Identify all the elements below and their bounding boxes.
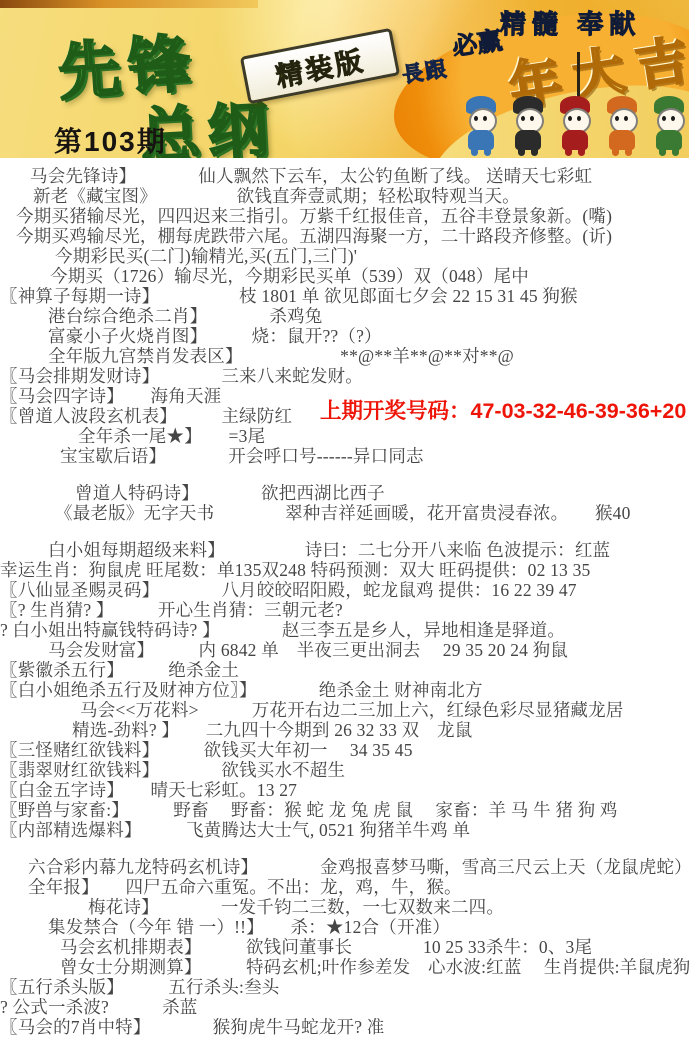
text-line: 全年杀一尾★】 =3尾	[0, 426, 689, 446]
mascot-row	[462, 98, 688, 158]
mascot-eye	[671, 116, 675, 121]
text-line: 马会<<万花料> 万花开右边二三加上六，红绿色彩尽显猪藏龙居	[0, 700, 689, 720]
text-line: 今期买（1726）输尽光，今期彩民买单（539）双（048）尾中	[0, 266, 689, 286]
issue-number: 第103期	[54, 120, 167, 158]
text-line: 马会先锋诗】 仙人飘然下云车，太公钓鱼断了线。 送晴天七彩虹	[0, 166, 689, 186]
scan-edge-strip	[0, 0, 258, 8]
masthead: 先锋 总纲 精装版 精髓 奉献 必赢 長跟 年大吉 第103期	[0, 0, 689, 158]
text-line: 马会发财富】 内 6842 单 半夜三更出洞去 29 35 20 24 狗鼠	[0, 640, 689, 660]
text-line: 富豪小子火烧肖图】 烧：鼠开??（?）	[0, 326, 689, 346]
text-line: 〖翡翠财红欲钱料】 欲钱买水不超生	[0, 760, 689, 780]
mascot-body	[562, 130, 588, 150]
slogan-left: 必赢	[450, 21, 505, 64]
mascot-eye	[615, 116, 619, 121]
text-line: 梅花诗】 一发千钧二三数，一七双数来二四。	[0, 897, 689, 917]
text-line: 宝宝歇后语】 开会呼口号------异口同志	[0, 446, 689, 466]
text-line: 曾道人特码诗】 欲把西湖比西子	[0, 483, 689, 503]
text-line: 〖神算子每期一诗】 枝 1801 单 欲见郎面七夕会 22 15 31 45 狗…	[0, 286, 689, 306]
mascot-figure	[650, 98, 688, 156]
mascot-leg	[471, 148, 478, 156]
text-line: 〖野兽与家畜:】 野畜 野畜：猴 蛇 龙 兔 虎 鼠 家畜：羊 马 牛 猪 狗 …	[0, 800, 689, 820]
mascot-figure	[462, 98, 500, 156]
text-line: 〖? 生肖猜? 】 开心生肖猜：三朝元老?	[0, 600, 689, 620]
text-line: 今期买鸡输尽光，棚每虎跌带六尾。五湖四海聚一方，二十路段齐修整。(䜣)	[0, 226, 689, 246]
text-line: 精选-劲料? 】 二九四十今期到 26 32 33 双 龙鼠	[0, 720, 689, 740]
mascot-leg	[518, 148, 525, 156]
lottery-tip-sheet: { "page": {"width": 689, "height": 1037}…	[0, 0, 689, 1037]
mascot-body	[468, 130, 494, 150]
mascot-eye	[568, 116, 572, 121]
text-line: 〖白小姐绝杀五行及财神方位〗】 绝杀金土 财神南北方	[0, 680, 689, 700]
text-line: 全年报】 四尸五命六重冤。不出：龙，鸡，牛，猴。	[0, 877, 689, 897]
mascot-eye	[577, 116, 581, 121]
text-line: 新老《藏宝图》 欲钱直奔壹贰期；轻松取特观当天。	[0, 186, 689, 206]
mascot-eye	[474, 116, 478, 121]
mascot-figure	[603, 98, 641, 156]
mascot-body	[515, 130, 541, 150]
text-line: 港台综合绝杀二肖】 杀鸡兔	[0, 306, 689, 326]
text-line: 今期彩民买(二门)输精光,买(五门,三门)'	[0, 246, 689, 266]
text-lines-container: 马会先锋诗】 仙人飘然下云车，太公钓鱼断了线。 送晴天七彩虹新老《藏宝图》 欲钱…	[0, 166, 689, 1037]
text-line: 曾女士分期测算】 特码玄机;叶作参差发 心水波:红蓝 生肖提供:羊鼠虎狗猪	[0, 957, 689, 977]
text-line: 〖马会排期发财诗】 三来八来蛇发财。	[0, 366, 689, 386]
text-line: 〖八仙显圣赐灵码】 八月皎皎昭阳殿，蛇龙鼠鸡 提供：16 22 39 47	[0, 580, 689, 600]
deluxe-edition-badge: 精装版	[240, 28, 400, 105]
text-line: 今期买猪输尽光，四四迟来三指引。万紫千红报佳音，五谷丰登景象新。(嘴)	[0, 206, 689, 226]
mascot-eye	[483, 116, 487, 121]
text-line: 〖紫徽杀五行】 绝杀金土	[0, 660, 689, 680]
mascot-body	[656, 130, 682, 150]
text-line: 〖三怪赌红欲钱料】 欲钱买大年初一 34 35 45	[0, 740, 689, 760]
mascot-body	[609, 130, 635, 150]
mascot-leg	[531, 148, 538, 156]
text-line: 全年版九宫禁肖发表区】 **@**羊**@**对**@	[0, 346, 689, 366]
mascot-figure	[556, 98, 594, 156]
previous-draw-label: 上期开奖号码：	[320, 399, 471, 423]
mascot-leg	[612, 148, 619, 156]
mascot-eye	[521, 116, 525, 121]
text-line: 〖马会的7肖中特】 猴狗虎牛马蛇龙开? 准	[0, 1017, 689, 1037]
mascot-leg	[565, 148, 572, 156]
previous-draw-result: 上期开奖号码：47-03-32-46-39-36+20	[320, 394, 686, 425]
mascot-leg	[625, 148, 632, 156]
text-line: 《最老版》无字天书 翠种吉祥延画暖，花开富贵浸春浓。 猴40	[0, 503, 689, 523]
mascot-leg	[659, 148, 666, 156]
previous-draw-numbers: 47-03-32-46-39-36+20	[471, 399, 687, 423]
mascot-eye	[662, 116, 666, 121]
mascot-leg	[672, 148, 679, 156]
mascot-leg	[484, 148, 491, 156]
text-line: ? 白小姐出特赢钱特码诗? 】 赵三李五是乡人，异地相逢是驿道。	[0, 620, 689, 640]
text-line: 〖白金五字诗】 晴天七彩虹。13 27	[0, 780, 689, 800]
text-line: 〖内部精选爆料】 飞黄腾达大士气, 0521 狗猪羊牛鸡 单	[0, 820, 689, 840]
mascot-eye	[530, 116, 534, 121]
text-line: 集发禁合（今年 错 一）!!】 杀：★12合（开准）	[0, 917, 689, 937]
mascot-leg	[578, 148, 585, 156]
text-line: 六合彩内幕九龙特码玄机诗】 金鸡报喜梦马嘶，雪高三尺云上天（龙鼠虎蛇）	[0, 857, 689, 877]
text-line: 〖五行杀头版】 五行杀头:叁头	[0, 977, 689, 997]
text-line: 白小姐每期超级来料】 诗曰：二七分开八来临 色波提示：红蓝	[0, 540, 689, 560]
text-line: ? 公式一杀波? 杀蓝	[0, 997, 689, 1017]
tip-sheet-body: 马会先锋诗】 仙人飘然下云车，太公钓鱼断了线。 送晴天七彩虹新老《藏宝图》 欲钱…	[0, 158, 689, 1037]
mascot-figure	[509, 98, 547, 156]
text-line: 马会玄机排期表】 欲钱问董事长 10 25 33杀牛：0、3尾	[0, 937, 689, 957]
text-line: 幸运生肖：狗鼠虎 旺尾数：单135双248 特码预测：双大 旺码提供：02 13…	[0, 560, 689, 580]
mascot-eye	[624, 116, 628, 121]
